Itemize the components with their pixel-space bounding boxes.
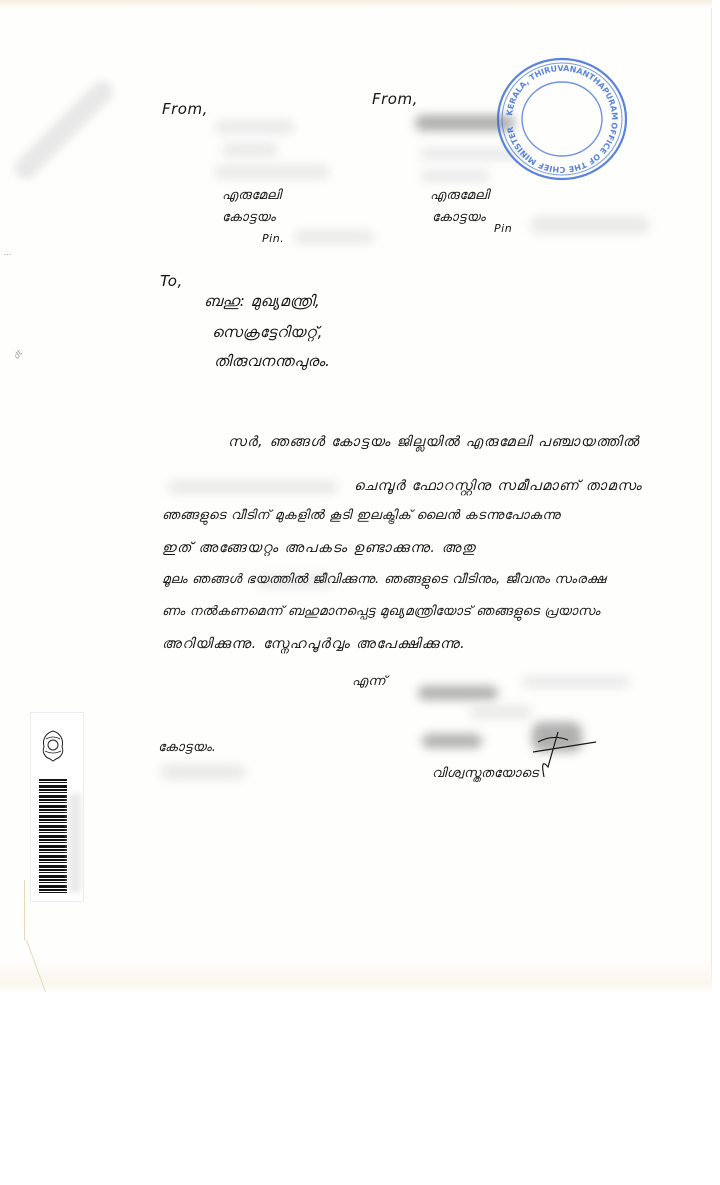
- recipient-title: ബഹു: മുഖ്യമന്ത്രി,: [204, 292, 320, 310]
- redacted-signatory-name: [522, 676, 630, 688]
- paper-top-edge: [0, 0, 712, 8]
- redacted-signature: [422, 734, 482, 748]
- stamp-seal-icon: OFFICE OF THE CHIEF MINISTER KERALA, THI…: [494, 56, 630, 182]
- redacted-address-line: [214, 165, 330, 179]
- sender-district: കോട്ടയം: [432, 210, 486, 225]
- margin-note: ...: [4, 248, 12, 257]
- redacted-signatory-name: [418, 686, 498, 700]
- chief-minister-office-stamp: OFFICE OF THE CHIEF MINISTER KERALA, THI…: [494, 56, 630, 182]
- to-label: To,: [160, 272, 183, 290]
- paper-bottom-edge: [0, 958, 712, 994]
- margin-note: dt: [12, 348, 24, 360]
- sender-district: കോട്ടയം: [222, 210, 276, 225]
- place-label: കോട്ടയം.: [158, 740, 216, 755]
- barcode: [39, 779, 67, 895]
- body-line: ഞങ്ങളുടെ വീടിന് മുകളിൽ കൂടി ഇലക്ട്രിക് ല…: [162, 508, 561, 523]
- from-label: From,: [162, 100, 208, 118]
- body-line: മൂലം ഞങ്ങൾ ഭയത്തിൽ ജീവിക്കുന്നു. ഞങ്ങളുട…: [162, 572, 606, 587]
- body-line: ണം നൽകണമെന്ന് ബഹുമാനപ്പെട്ട മുഖ്യമന്ത്രി…: [162, 604, 600, 619]
- valediction: എന്ന്: [352, 674, 386, 689]
- body-line: സർ, ഞങ്ങൾ കോട്ടയം ജില്ലയിൽ എരുമേലി പഞ്ചാ…: [228, 434, 640, 450]
- redacted-pin: [530, 216, 650, 234]
- recipient-office: സെക്രട്ടേറിയറ്റ്,: [212, 323, 323, 341]
- recipient-city: തിരുവനന്തപുരം.: [214, 352, 330, 370]
- redacted-signatory-name: [470, 705, 532, 719]
- redacted-date: [160, 764, 246, 780]
- redacted-barcode-number: [69, 793, 81, 893]
- redacted-name: [215, 120, 295, 134]
- redacted-pin: [294, 230, 374, 244]
- redacted-address-line: [420, 170, 490, 182]
- body-line: അറിയിക്കുന്നു. സ്നേഹപൂർവ്വം അപേക്ഷിക്കുന…: [162, 636, 466, 652]
- kerala-emblem-icon: [38, 727, 68, 765]
- pin-label: Pin.: [262, 232, 284, 245]
- redacted-smudge: [10, 76, 117, 183]
- from-label: From,: [372, 90, 418, 108]
- sender-place: എരുമേലി: [222, 188, 281, 203]
- barcode-sticker: [30, 712, 84, 902]
- body-line: ഇത് അങ്ങേയറ്റം അപകടം ഉണ്ടാക്കുന്നു. അതു: [162, 540, 476, 556]
- sender-place: എരുമേലി: [430, 188, 489, 203]
- body-line: ചെമ്പൂർ ഫോറസ്റ്റിനു സമീപമാണ് താമസം: [354, 478, 642, 494]
- redacted-house-name: [168, 480, 338, 494]
- paper-fold-mark: [24, 880, 25, 940]
- scanned-letter-page: ... dt From, എരുമേലി കോട്ടയം Pin. From, …: [0, 0, 712, 992]
- pin-label: Pin: [494, 222, 512, 235]
- signature-label: വിശ്വസ്തതയോടെ: [432, 766, 539, 781]
- redacted-address-line: [222, 143, 278, 157]
